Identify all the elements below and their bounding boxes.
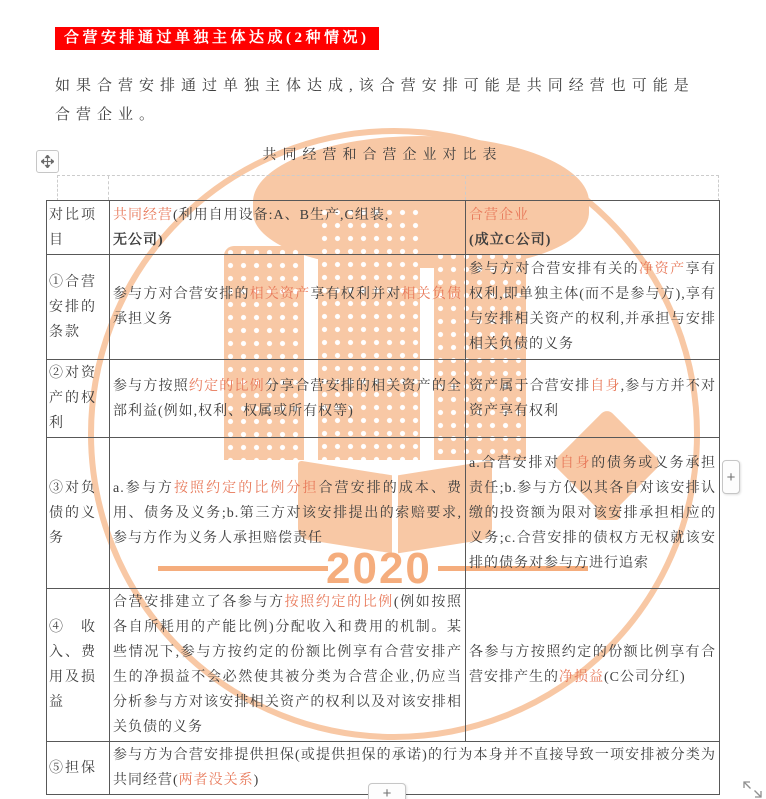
cell-label-asset-rights[interactable]: ②对资产的权利	[47, 360, 110, 438]
table-caption[interactable]: 共同经营和合营企业对比表	[46, 147, 719, 165]
table-row: ④ 收入、费用及损益 合营安排建立了各参与方按照约定的比例(例如按照各自所耗用的…	[47, 589, 720, 742]
document-page: { "banner": { "text": "合营安排通过单独主体达成(2种情况…	[0, 0, 766, 799]
table-row: ①合营安排的条款 参与方对合营安排的相关资产享有权利并对相关负债承担义务 参与方…	[47, 255, 720, 360]
cell-terms-joint-operation[interactable]: 参与方对合营安排的相关资产享有权利并对相关负债承担义务	[110, 255, 466, 360]
table-resize-handle[interactable]	[742, 780, 763, 799]
cell-guarantee-merged[interactable]: 参与方为合营安排提供担保(或提供担保的承诺)的行为本身并不直接导致一项安排被分类…	[110, 742, 720, 795]
cell-terms-joint-venture[interactable]: 参与方对合营安排有关的净资产享有权利,即单独主体(而不是参与方),享有与安排相关…	[466, 255, 720, 360]
cell-assets-joint-venture[interactable]: 资产属于合营安排自身,参与方并不对资产享有权利	[466, 360, 720, 438]
cell-income-joint-venture[interactable]: 各参与方按照约定的份额比例享有合营安排产生的净损益(C公司分红)	[466, 589, 720, 742]
add-row-button[interactable]: +	[368, 783, 406, 799]
section-title-banner[interactable]: 合营安排通过单独主体达成(2种情况)	[55, 27, 379, 50]
cell-header-item[interactable]: 对比项目	[47, 201, 110, 255]
cell-assets-joint-operation[interactable]: 参与方按照约定的比例分享合营安排的相关资产的全部利益(例如,权利、权属或所有权等…	[110, 360, 466, 438]
cell-label-guarantee[interactable]: ⑤担保	[47, 742, 110, 795]
cell-liability-joint-venture[interactable]: a.合营安排对自身的债务或义务承担责任;b.参与方仅以其各自对该安排认缴的投资额…	[466, 438, 720, 589]
cell-header-joint-venture[interactable]: 合营企业(成立C公司)	[466, 201, 720, 255]
cell-income-joint-operation[interactable]: 合营安排建立了各参与方按照约定的比例(例如按照各自所耗用的产能比例)分配收入和费…	[110, 589, 466, 742]
dashed-column-divider	[108, 176, 109, 200]
table-move-handle[interactable]	[36, 150, 59, 173]
cell-header-joint-operation[interactable]: 共同经营(利用自用设备:A、B生产,C组装,无公司)	[110, 201, 466, 255]
table-row: ②对资产的权利 参与方按照约定的比例分享合营安排的相关资产的全部利益(例如,权利…	[47, 360, 720, 438]
comparison-table: 对比项目 共同经营(利用自用设备:A、B生产,C组装,无公司) 合营企业(成立C…	[46, 200, 720, 795]
add-column-button[interactable]: +	[722, 460, 740, 494]
cell-liability-joint-operation[interactable]: a.参与方按照约定的比例分担合营安排的成本、费用、债务及义务;b.第三方对该安排…	[110, 438, 466, 589]
table-row: ③对负债的义务 a.参与方按照约定的比例分担合营安排的成本、费用、债务及义务;b…	[47, 438, 720, 589]
cell-label-income-expense[interactable]: ④ 收入、费用及损益	[47, 589, 110, 742]
cell-label-liability-obligations[interactable]: ③对负债的义务	[47, 438, 110, 589]
resize-diagonal-icon	[742, 780, 763, 799]
table-row: 对比项目 共同经营(利用自用设备:A、B生产,C组装,无公司) 合营企业(成立C…	[47, 201, 720, 255]
move-cross-icon	[41, 155, 54, 168]
intro-paragraph[interactable]: 如果合营安排通过单独主体达成,该合营安排可能是共同经营也可能是合营企业。	[55, 72, 718, 130]
dashed-column-divider	[465, 176, 466, 200]
cell-label-terms[interactable]: ①合营安排的条款	[47, 255, 110, 360]
empty-borderless-row[interactable]	[57, 175, 719, 201]
